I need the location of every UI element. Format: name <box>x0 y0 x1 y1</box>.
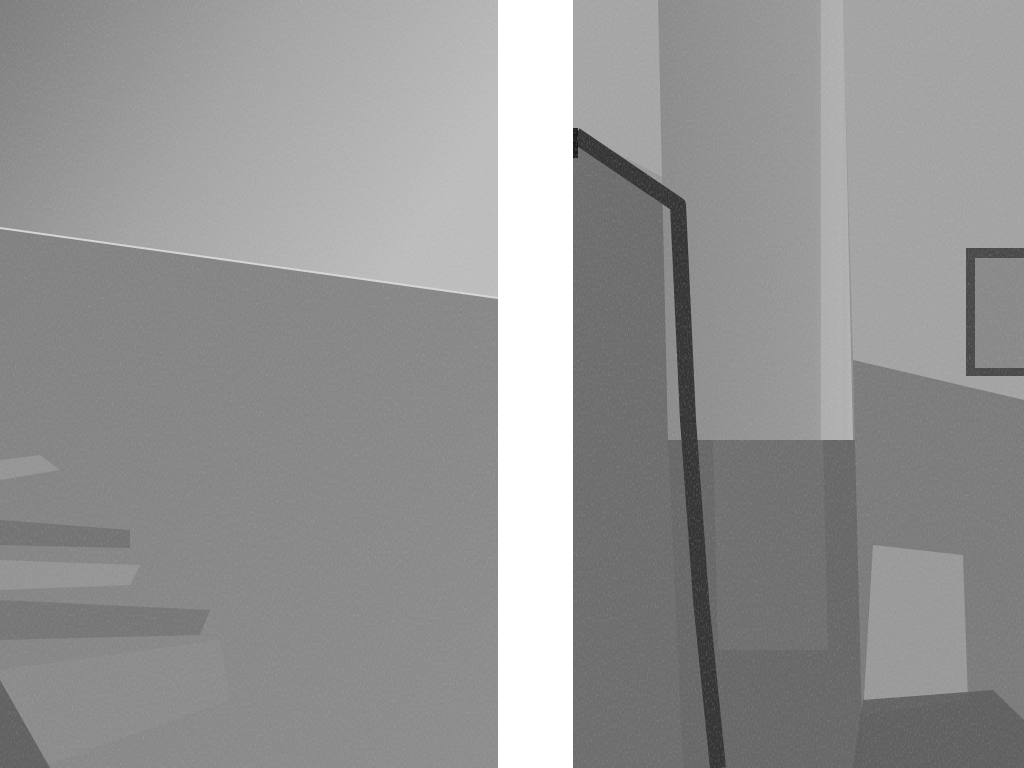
picture-content <box>975 258 1024 368</box>
photo-pair <box>0 0 1024 768</box>
light-box <box>863 545 968 715</box>
panel-gutter <box>498 0 573 768</box>
right-photo-canvas <box>573 0 1024 768</box>
right-photo <box>573 0 1024 768</box>
pillar-edge <box>821 0 843 440</box>
left-photo <box>0 0 498 768</box>
left-photo-canvas <box>0 0 498 768</box>
